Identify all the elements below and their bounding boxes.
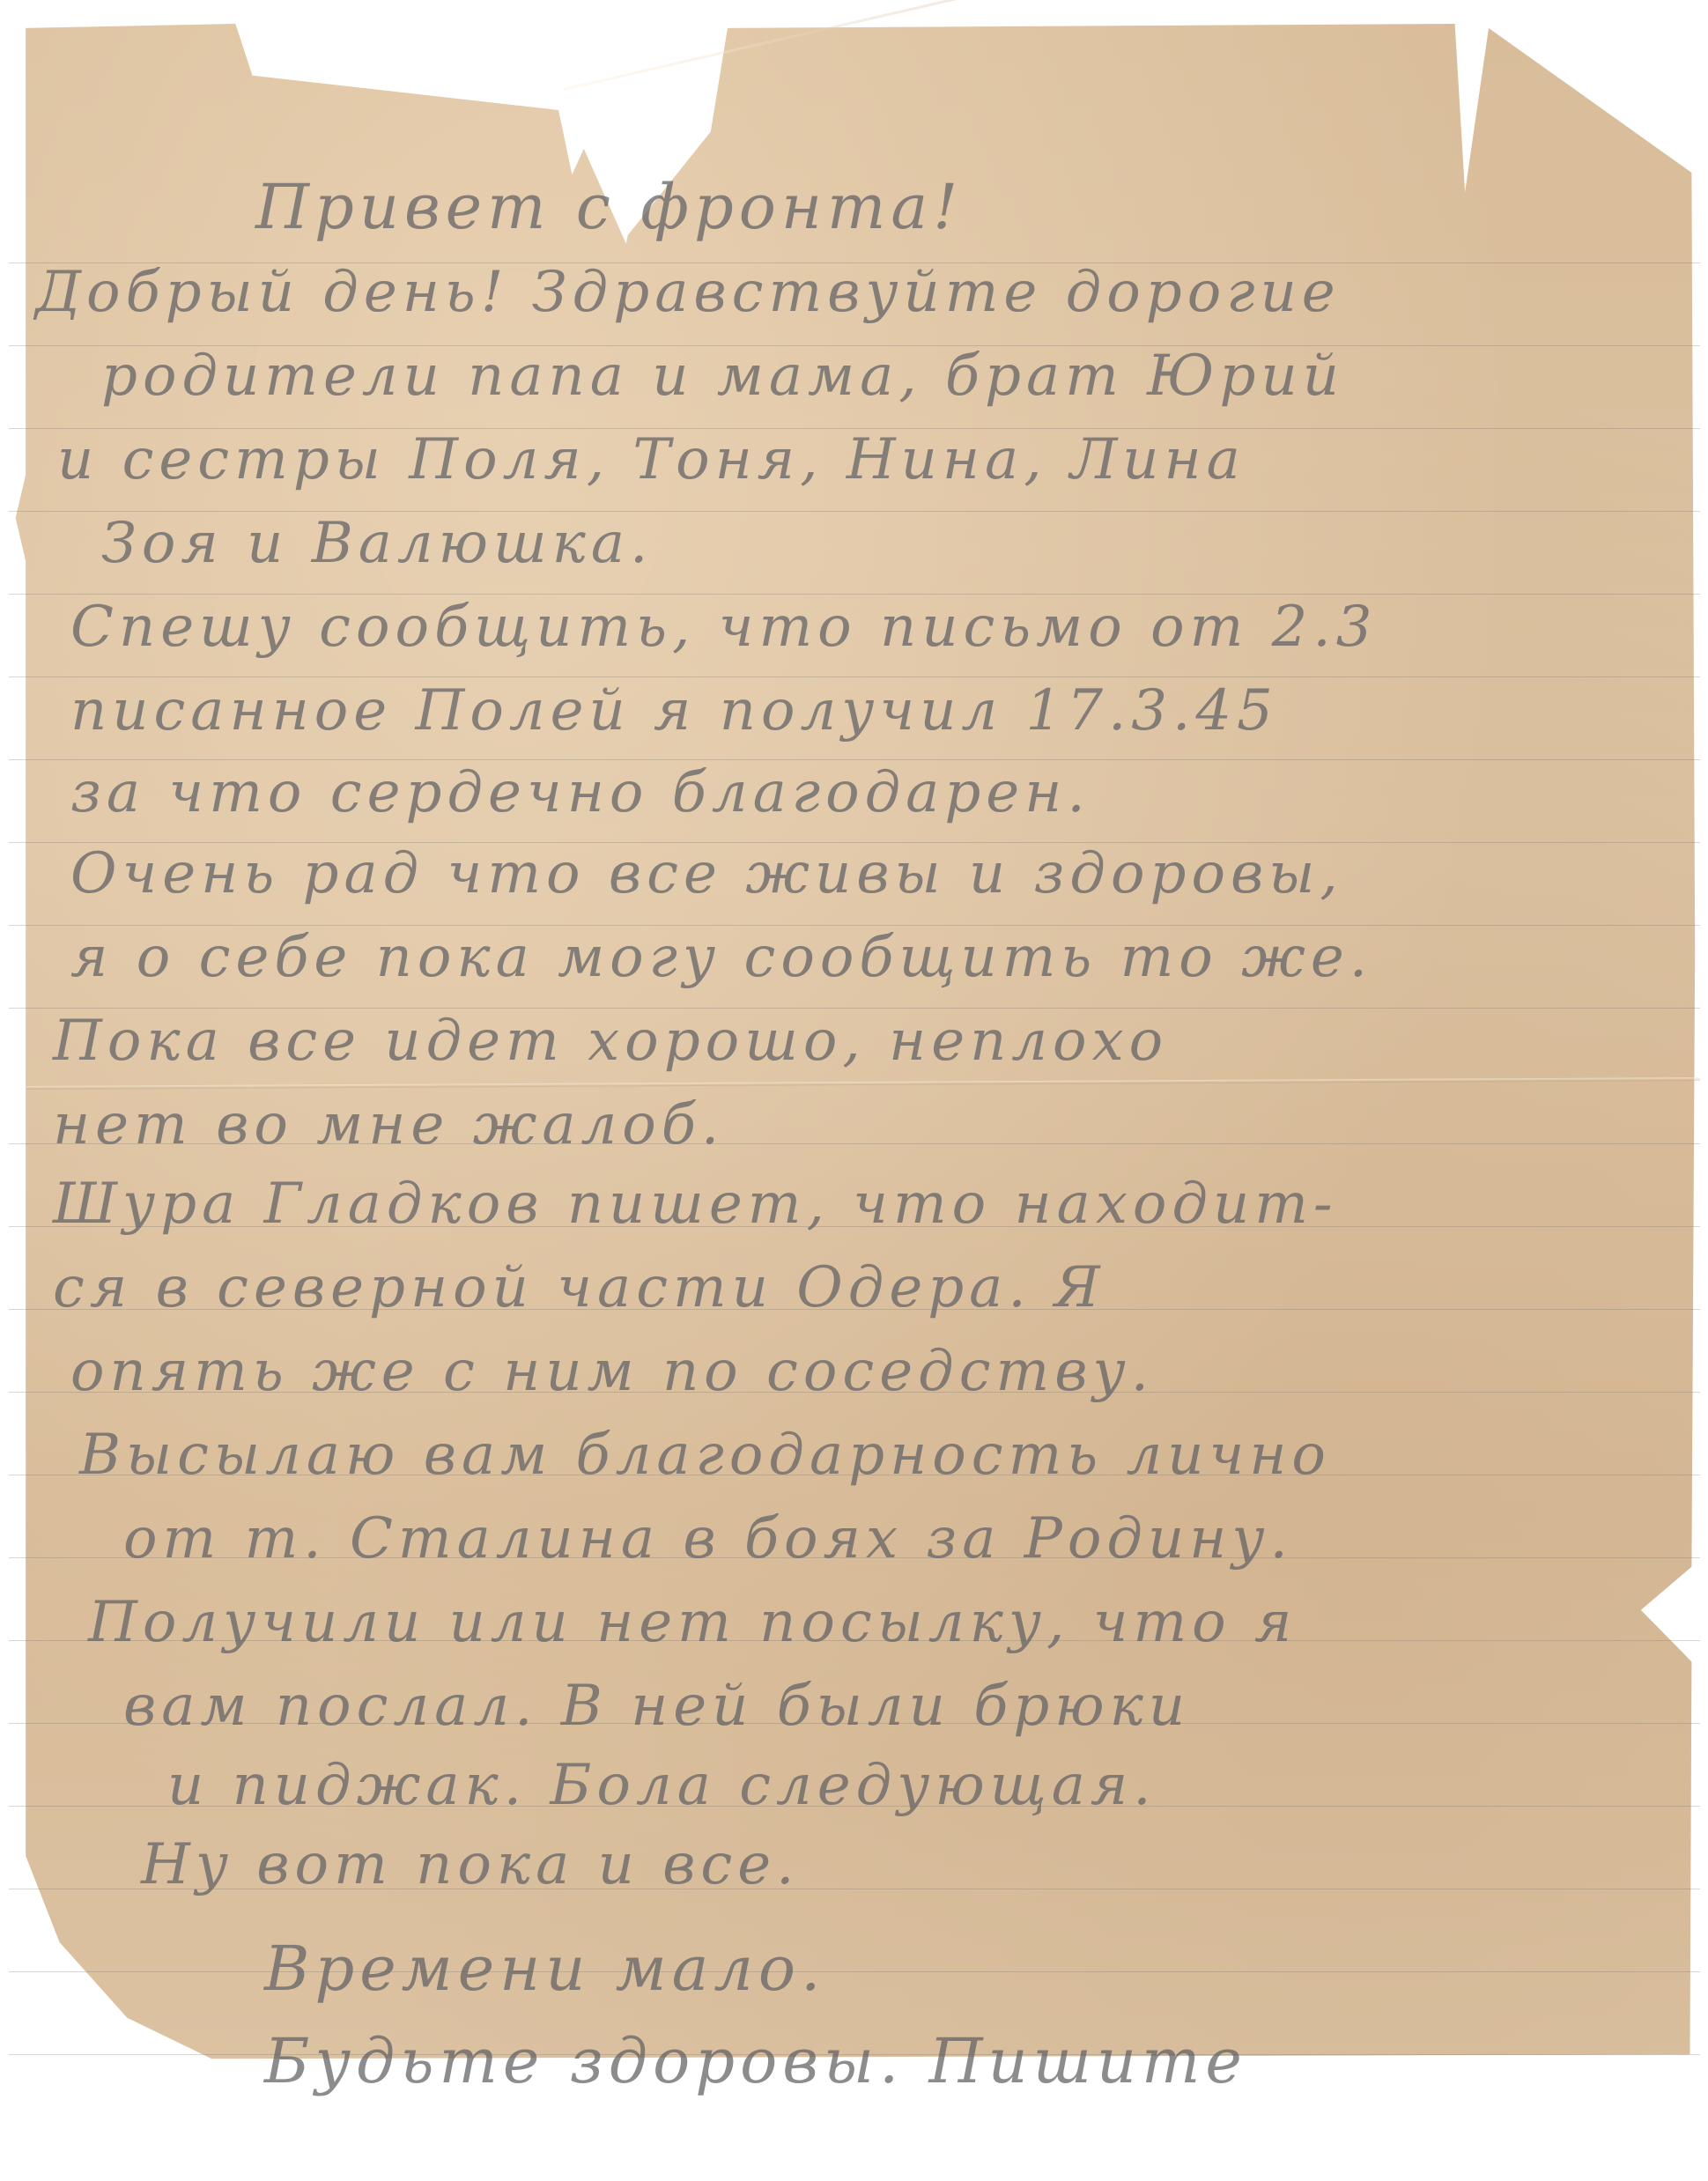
letter-line: Высылаю вам благодарность лично: [79, 1427, 1331, 1483]
letter-line: опять же с ним по соседству.: [70, 1343, 1154, 1400]
letter-line: писанное Полей я получил 17.3.45: [70, 683, 1278, 739]
letter-line: Очень рад что все живы и здоровы,: [70, 846, 1343, 902]
ruled-line: [9, 1971, 1700, 1972]
letter-line: за что сердечно благодарен.: [70, 765, 1091, 821]
letter-line: ся в северной части Одера. Я: [53, 1260, 1105, 1316]
letter-line: Ну вот пока и все.: [141, 1837, 799, 1893]
letter-line: и сестры Поля, Тоня, Нина, Лина: [57, 432, 1246, 488]
letter-line: Шура Гладков пишет, что находит-: [53, 1176, 1338, 1232]
letter-closing: Будьте здоровы. Пишите: [264, 2030, 1247, 2092]
letter-line: родители папа и мама, брат Юрий: [101, 348, 1344, 404]
letter-line: Спешу сообщить, что письмо от 2.3: [70, 599, 1377, 655]
letter-line: Времени мало.: [264, 1938, 825, 2000]
ruled-line: [9, 676, 1700, 677]
letter-line: и пиджак. Бола следующая.: [167, 1757, 1157, 1814]
letter-heading: Привет с фронта!: [255, 176, 963, 238]
letter-line: Зоя и Валюшка.: [101, 515, 653, 572]
letter-line: нет во мне жалоб.: [53, 1097, 724, 1153]
letter-line: от т. Сталина в боях за Родину.: [123, 1511, 1293, 1567]
letter-line: вам послал. В ней были брюки: [123, 1678, 1190, 1734]
letter-line: Пока все идет хорошо, неплохо: [53, 1013, 1168, 1069]
letter-line: Получили или нет посылку, что я: [88, 1594, 1297, 1651]
letter-line: я о себе пока могу сообщить то же.: [70, 929, 1372, 986]
letter-line: Добрый день! Здравствуйте дорогие: [35, 264, 1341, 321]
